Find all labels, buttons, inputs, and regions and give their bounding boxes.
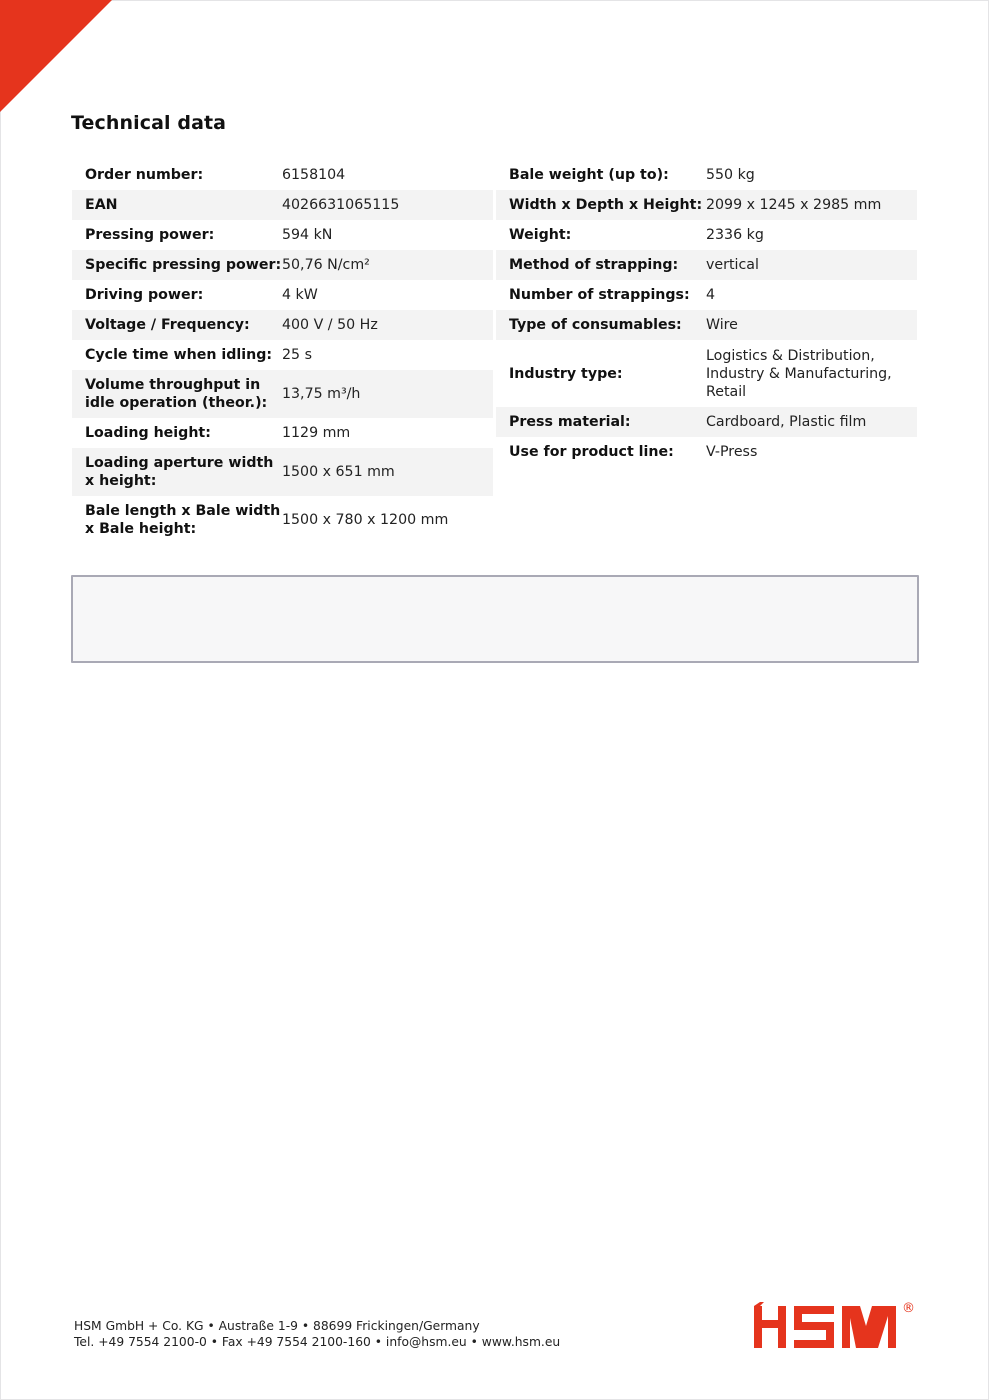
spec-label: Bale length x Bale width x Bale height:: [72, 502, 282, 538]
spec-label: Industry type:: [496, 365, 706, 383]
spec-value: Cardboard, Plastic film: [706, 413, 917, 431]
spec-value: 2099 x 1245 x 2985 mm: [706, 196, 917, 214]
spec-row: Method of strapping: vertical: [496, 250, 917, 280]
spec-value: Logistics & Distribution, Industry & Man…: [706, 347, 917, 401]
empty-note-box: [71, 575, 919, 663]
spec-value: 594 kN: [282, 226, 493, 244]
spec-row: Cycle time when idling: 25 s: [72, 340, 493, 370]
spec-label: EAN: [72, 196, 282, 214]
spec-label: Number of strappings:: [496, 286, 706, 304]
spec-row: Pressing power: 594 kN: [72, 220, 493, 250]
spec-row: Voltage / Frequency: 400 V / 50 Hz: [72, 310, 493, 340]
spec-row: EAN 4026631065115: [72, 190, 493, 220]
specs-table-left: Order number: 6158104 EAN 4026631065115 …: [72, 160, 493, 544]
footer-company-info: HSM GmbH + Co. KG • Austraße 1-9 • 88699…: [74, 1319, 560, 1350]
spec-value: 550 kg: [706, 166, 917, 184]
spec-label: Use for product line:: [496, 443, 706, 461]
spec-row: Use for product line: V-Press: [496, 437, 917, 467]
specs-table-right: Bale weight (up to): 550 kg Width x Dept…: [496, 160, 917, 467]
spec-label: Cycle time when idling:: [72, 346, 282, 364]
registered-mark: ®: [902, 1301, 915, 1316]
spec-label: Type of consumables:: [496, 316, 706, 334]
spec-value: 1500 x 780 x 1200 mm: [282, 511, 493, 529]
spec-row: Number of strappings: 4: [496, 280, 917, 310]
spec-value: 4026631065115: [282, 196, 493, 214]
footer-address: HSM GmbH + Co. KG • Austraße 1-9 • 88699…: [74, 1319, 560, 1335]
spec-value: 4: [706, 286, 917, 304]
spec-label: Bale weight (up to):: [496, 166, 706, 184]
spec-value: 4 kW: [282, 286, 493, 304]
spec-value: 6158104: [282, 166, 493, 184]
spec-row: Type of consumables: Wire: [496, 310, 917, 340]
spec-row: Weight: 2336 kg: [496, 220, 917, 250]
spec-value: V-Press: [706, 443, 917, 461]
spec-label: Specific pressing power:: [72, 256, 282, 274]
spec-label: Press material:: [496, 413, 706, 431]
hsm-logo: ®: [752, 1298, 917, 1352]
spec-value: vertical: [706, 256, 917, 274]
spec-label: Loading aperture width x height:: [72, 454, 282, 490]
spec-row: Industry type: Logistics & Distribution,…: [496, 340, 917, 407]
spec-label: Volume throughput in idle operation (the…: [72, 376, 282, 412]
spec-row: Press material: Cardboard, Plastic film: [496, 407, 917, 437]
brand-corner-triangle: [0, 0, 112, 112]
spec-row: Loading aperture width x height: 1500 x …: [72, 448, 493, 496]
spec-value: 50,76 N/cm²: [282, 256, 493, 274]
spec-row: Specific pressing power: 50,76 N/cm²: [72, 250, 493, 280]
spec-value: 1500 x 651 mm: [282, 463, 493, 481]
spec-row: Bale weight (up to): 550 kg: [496, 160, 917, 190]
spec-label: Pressing power:: [72, 226, 282, 244]
spec-label: Method of strapping:: [496, 256, 706, 274]
spec-label: Order number:: [72, 166, 282, 184]
spec-label: Voltage / Frequency:: [72, 316, 282, 334]
spec-row: Order number: 6158104: [72, 160, 493, 190]
spec-row: Loading height: 1129 mm: [72, 418, 493, 448]
spec-label: Width x Depth x Height:: [496, 196, 706, 214]
spec-label: Loading height:: [72, 424, 282, 442]
spec-value: 13,75 m³/h: [282, 385, 493, 403]
footer-contact: Tel. +49 7554 2100-0 • Fax +49 7554 2100…: [74, 1335, 560, 1351]
spec-row: Volume throughput in idle operation (the…: [72, 370, 493, 418]
page-title: Technical data: [71, 112, 226, 134]
spec-row: Width x Depth x Height: 2099 x 1245 x 29…: [496, 190, 917, 220]
spec-label: Weight:: [496, 226, 706, 244]
spec-value: 400 V / 50 Hz: [282, 316, 493, 334]
spec-value: 1129 mm: [282, 424, 493, 442]
spec-value: Wire: [706, 316, 917, 334]
spec-value: 25 s: [282, 346, 493, 364]
spec-row: Driving power: 4 kW: [72, 280, 493, 310]
spec-label: Driving power:: [72, 286, 282, 304]
spec-value: 2336 kg: [706, 226, 917, 244]
spec-row: Bale length x Bale width x Bale height: …: [72, 496, 493, 544]
